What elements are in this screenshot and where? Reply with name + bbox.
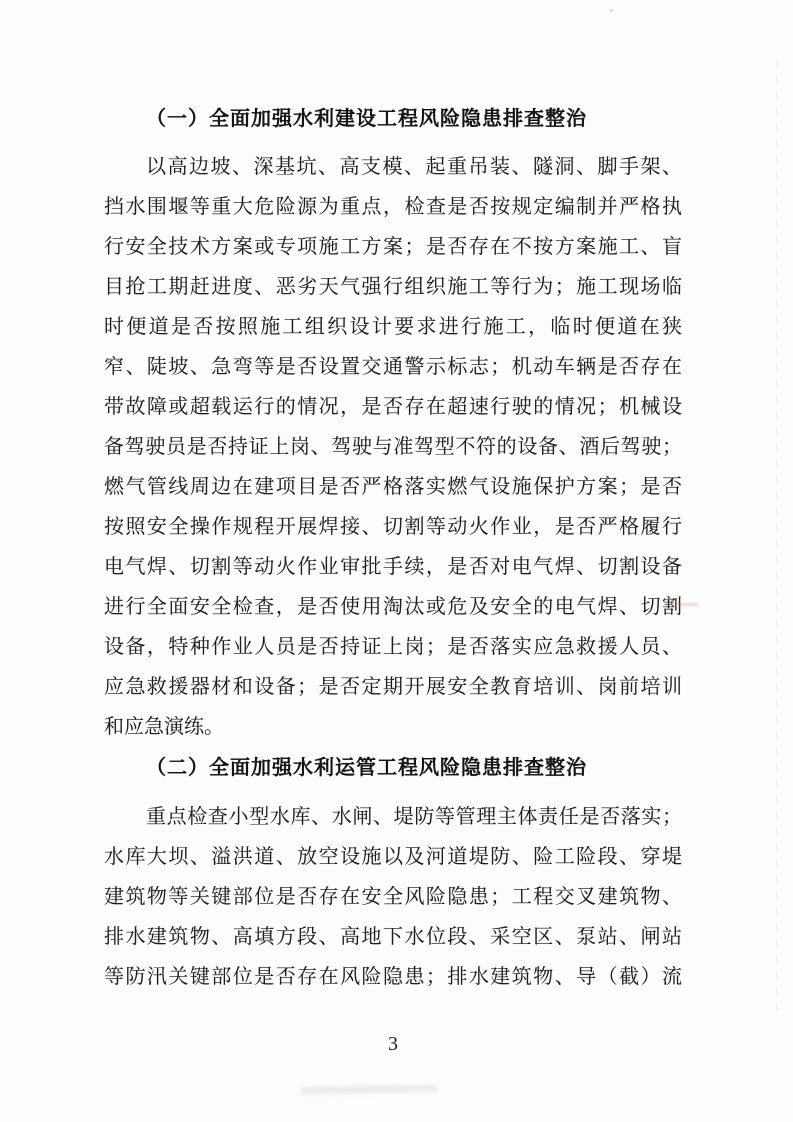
text-line: 等防汛关键部位是否存在风险隐患；排水建筑物、导（截）流	[104, 957, 682, 997]
document-body: （一）全面加强水利建设工程风险隐患排查整治 以高边坡、深基坑、高支模、起重吊装、…	[104, 101, 682, 997]
text-line: 应急救援器材和设备；是否定期开展安全教育培训、岗前培训	[104, 667, 682, 707]
document-page: （一）全面加强水利建设工程风险隐患排查整治 以高边坡、深基坑、高支模、起重吊装、…	[0, 0, 793, 1122]
text-line: 带故障或超载运行的情况，是否存在超速行驶的情况；机械设	[104, 387, 682, 427]
text-line: 水库大坝、溢洪道、放空设施以及河道堤防、险工险段、穿堤	[104, 837, 682, 877]
text-line: 燃气管线周边在建项目是否严格落实燃气设施保护方案；是否	[104, 467, 682, 507]
text-line: 以高边坡、深基坑、高支模、起重吊装、隧洞、脚手架、	[104, 147, 682, 187]
scan-edge-line	[776, 60, 777, 1010]
text-line: 设备，特种作业人员是否持证上岗；是否落实应急救援人员、	[104, 627, 682, 667]
page-number: 3	[104, 1033, 682, 1056]
scan-smudge	[300, 1085, 438, 1095]
paragraph-1: 以高边坡、深基坑、高支模、起重吊装、隧洞、脚手架、 挡水围堰等重大危险源为重点，…	[104, 147, 682, 747]
text-line: 电气焊、切割等动火作业审批手续，是否对电气焊、切割设备	[104, 547, 682, 587]
text-line: 挡水围堰等重大危险源为重点，检查是否按规定编制并严格执	[104, 187, 682, 227]
text-line: 备驾驶员是否持证上岗、驾驶与准驾型不符的设备、酒后驾驶；	[104, 427, 682, 467]
text-line: 目抢工期赶进度、恶劣天气强行组织施工等行为；施工现场临	[104, 267, 682, 307]
text-line: 时便道是否按照施工组织设计要求进行施工，临时便道在狭	[104, 307, 682, 347]
text-line: 行安全技术方案或专项施工方案；是否存在不按方案施工、盲	[104, 227, 682, 267]
text-line: 按照安全操作规程开展焊接、切割等动火作业，是否严格履行	[104, 507, 682, 547]
text-line: 进行全面安全检查，是否使用淘汰或危及安全的电气焊、切割	[104, 587, 682, 627]
text-line: 重点检查小型水库、水闸、堤防等管理主体责任是否落实；	[104, 797, 682, 837]
text-line: 窄、陡坡、急弯等是否设置交通警示标志；机动车辆是否存在	[104, 347, 682, 387]
scan-dash-artifact	[668, 603, 698, 606]
text-line: 排水建筑物、高填方段、高地下水位段、采空区、泵站、闸站	[104, 917, 682, 957]
scan-speck	[610, 9, 613, 12]
paragraph-2: 重点检查小型水库、水闸、堤防等管理主体责任是否落实； 水库大坝、溢洪道、放空设施…	[104, 797, 682, 997]
section-1-heading: （一）全面加强水利建设工程风险隐患排查整治	[104, 101, 682, 147]
section-2-heading: （二）全面加强水利运管工程风险隐患排查整治	[104, 747, 682, 797]
text-line: 建筑物等关键部位是否存在安全风险隐患；工程交叉建筑物、	[104, 877, 682, 917]
text-line: 和应急演练。	[104, 707, 682, 747]
